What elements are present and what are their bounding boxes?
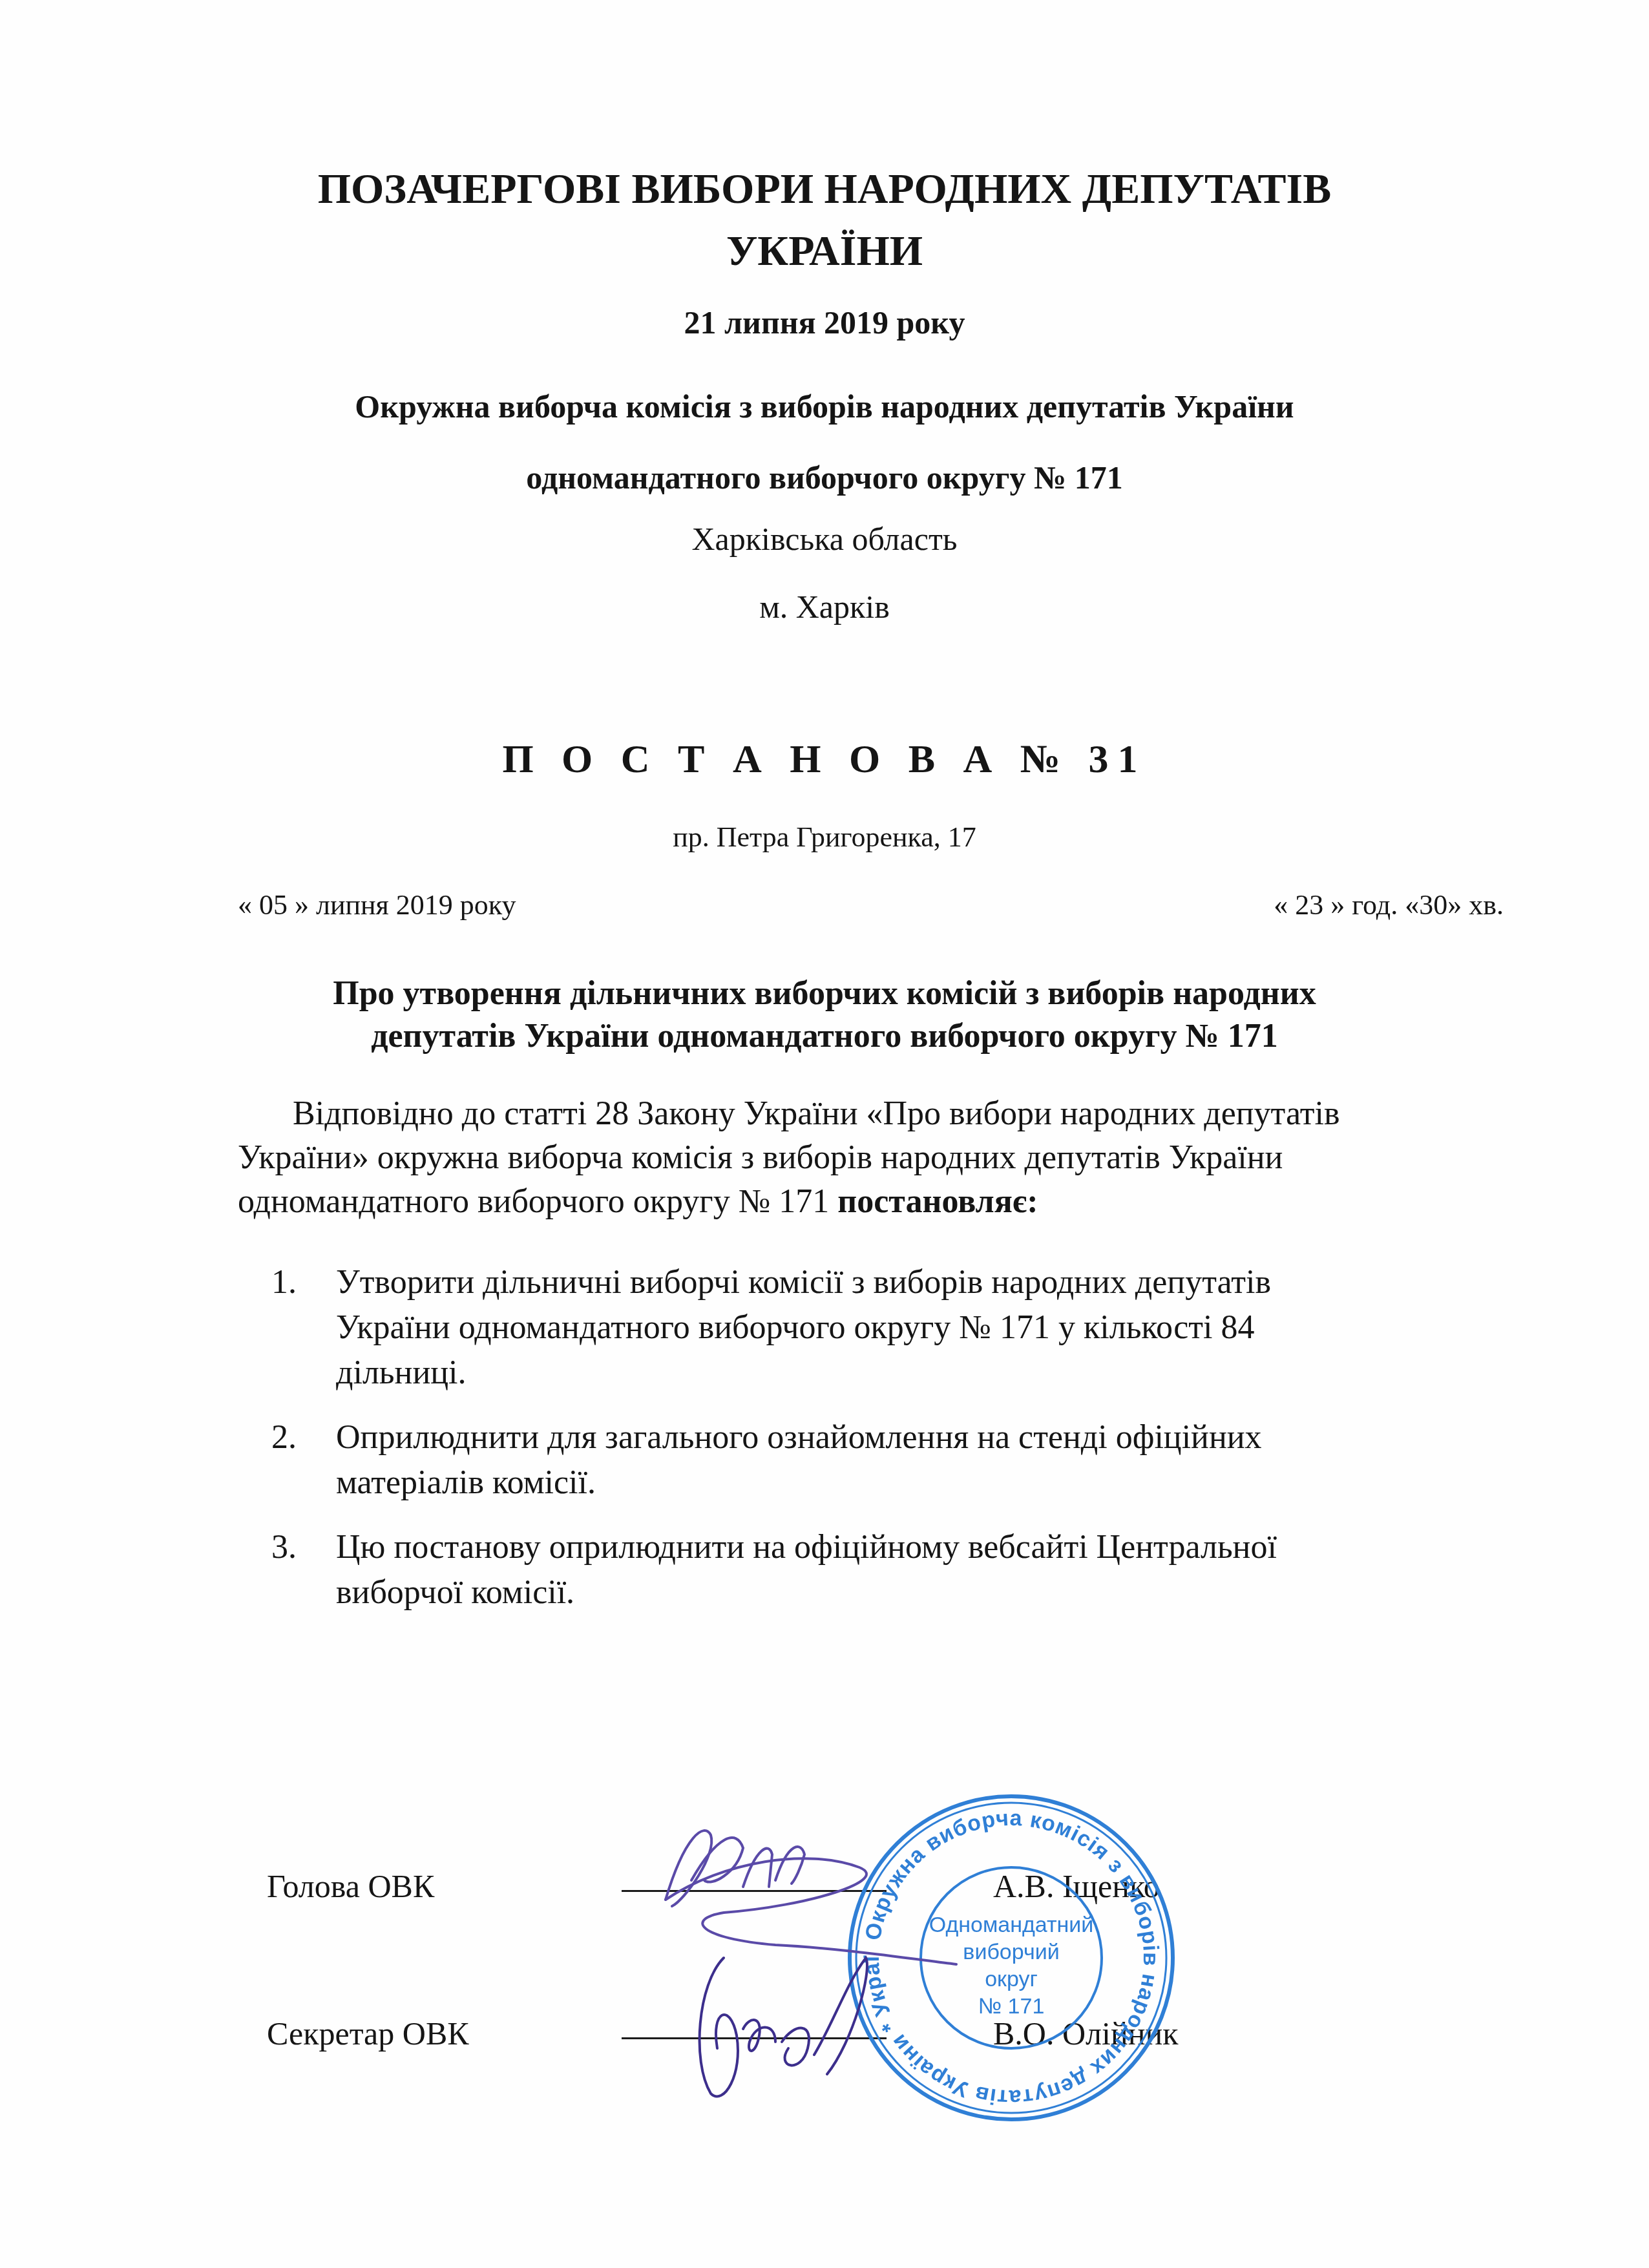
item-text-line: Оприлюднити для загального ознайомлення … xyxy=(336,1415,1454,1460)
list-item: 1. Утворити дільничні виборчі комісії з … xyxy=(258,1260,1454,1396)
election-title: ПОЗАЧЕРГОВІ ВИБОРИ НАРОДНИХ ДЕПУТАТІВ УК… xyxy=(0,158,1649,282)
item-number: 2. xyxy=(271,1415,297,1460)
list-item: 2. Оприлюднити для загального ознайомлен… xyxy=(258,1415,1454,1506)
subject-line1: Про утворення дільничних виборчих комісі… xyxy=(0,972,1649,1015)
resolution-subject: Про утворення дільничних виборчих комісі… xyxy=(0,972,1649,1058)
election-title-line1: ПОЗАЧЕРГОВІ ВИБОРИ НАРОДНИХ ДЕПУТАТІВ xyxy=(0,158,1649,220)
item-text-line: виборчої комісії. xyxy=(336,1570,1454,1615)
secretary-role: Секретар ОВК xyxy=(267,2015,469,2052)
stamp-inner-line3: округ xyxy=(985,1967,1038,1991)
resolution-address: пр. Петра Григоренка, 17 xyxy=(0,821,1649,854)
item-text-line: дільниці. xyxy=(336,1350,1454,1396)
item-text-line: Цю постанову оприлюднити на офіційному в… xyxy=(336,1525,1454,1570)
document-page: ПОЗАЧЕРГОВІ ВИБОРИ НАРОДНИХ ДЕПУТАТІВ УК… xyxy=(0,0,1649,2268)
resolution-date: « 05 » липня 2019 року xyxy=(238,888,516,921)
secretary-signature-icon xyxy=(685,1945,892,2113)
item-number: 1. xyxy=(271,1260,297,1305)
city: м. Харків xyxy=(0,588,1649,625)
list-item: 3. Цю постанову оприлюднити на офіційном… xyxy=(258,1525,1454,1615)
chair-role: Голова ОВК xyxy=(267,1867,434,1905)
subject-line2: депутатів України одномандатного виборчо… xyxy=(0,1015,1649,1058)
stamp-inner-line4: № 171 xyxy=(978,1994,1045,2019)
commission-name-line1: Окружна виборча комісія з виборів народн… xyxy=(0,388,1649,425)
item-number: 3. xyxy=(271,1525,297,1570)
preamble-line3-text: одномандатного виборчого округу № 171 xyxy=(238,1183,837,1220)
election-title-line2: УКРАЇНИ xyxy=(0,220,1649,282)
item-text-line: матеріалів комісії. xyxy=(336,1460,1454,1506)
item-text-line: Утворити дільничні виборчі комісії з виб… xyxy=(336,1260,1454,1305)
preamble-line3: одномандатного виборчого округу № 171 по… xyxy=(238,1180,1440,1224)
preamble: Відповідно до статті 28 Закону України «… xyxy=(238,1092,1440,1224)
item-text-line: України одномандатного виборчого округу … xyxy=(336,1305,1454,1350)
preamble-line2: України» окружна виборча комісія з вибор… xyxy=(238,1136,1440,1180)
resolves-keyword: постановляє: xyxy=(837,1183,1038,1220)
commission-name-line2: одномандатного виборчого округу № 171 xyxy=(0,459,1649,496)
resolution-items: 1. Утворити дільничні виборчі комісії з … xyxy=(258,1260,1454,1635)
election-date: 21 липня 2019 року xyxy=(0,304,1649,341)
region: Харківська область xyxy=(0,520,1649,558)
resolution-title: П О С Т А Н О В А № 31 xyxy=(0,737,1649,782)
preamble-line1: Відповідно до статті 28 Закону України «… xyxy=(238,1092,1440,1136)
resolution-time: « 23 » год. «30» хв. xyxy=(1274,888,1504,921)
